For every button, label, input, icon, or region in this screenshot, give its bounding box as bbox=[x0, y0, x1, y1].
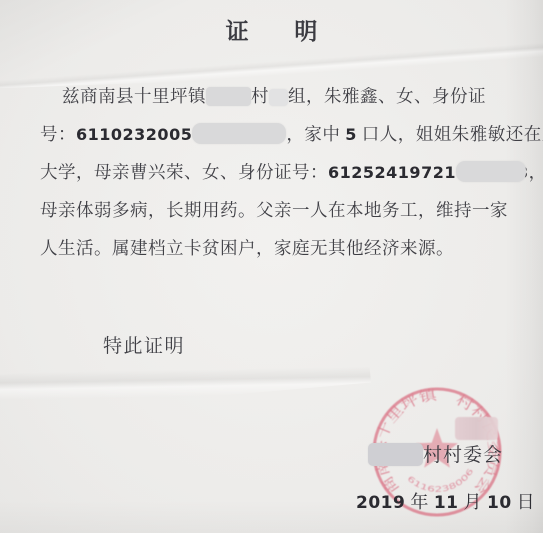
redaction-village-name bbox=[206, 87, 251, 106]
closing-statement: 特此证明 bbox=[103, 331, 185, 358]
document-title: 证 明 bbox=[0, 13, 543, 46]
paper-crease bbox=[0, 41, 543, 89]
body-line-2: 号：6110232005，家中 5 口人，姐姐朱雅敏还在上 bbox=[40, 122, 543, 147]
committee-name-suffix: 村村委会 bbox=[423, 445, 503, 466]
date-month-label: 月 bbox=[464, 492, 483, 512]
body-text: ， bbox=[529, 162, 543, 182]
body-text: 母亲体弱多病，长期用药。父亲一人在本地务工，维持一家 bbox=[40, 200, 508, 220]
redaction-group-number bbox=[269, 89, 288, 106]
signature-line: 村村委会 bbox=[368, 440, 503, 467]
date-day: 10 bbox=[487, 493, 512, 513]
date-line: 2019 年 11 月 10 日 bbox=[356, 488, 535, 514]
body-text: 号： bbox=[40, 124, 76, 144]
redaction-village-name bbox=[368, 443, 423, 466]
scanned-certificate-page: 证 明 兹商南县十里坪镇村组，朱雅鑫、女、身份证 号：6110232005，家中… bbox=[0, 0, 543, 533]
body-line-4: 母亲体弱多病，长期用药。父亲一人在本地务工，维持一家 bbox=[40, 198, 508, 222]
body-text: 组，朱雅鑫、女、身份证 bbox=[288, 86, 486, 106]
body-line-3: 大学，母亲曹兴荣、女、身份证号：612524197213， bbox=[40, 160, 543, 185]
body-line-1: 兹商南县十里坪镇村组，朱雅鑫、女、身份证 bbox=[40, 84, 486, 108]
redaction-seal-village-name bbox=[455, 417, 498, 440]
redaction-id-number bbox=[456, 161, 526, 182]
paper-crease bbox=[0, 343, 371, 418]
body-line-5: 人生活。属建档立卡贫困户，家庭无其他经济来源。 bbox=[40, 236, 454, 260]
date-year: 2019 bbox=[356, 493, 405, 513]
body-text: 人生活。属建档立卡贫困户，家庭无其他经济来源。 bbox=[40, 238, 454, 258]
id-number-partial: 61252419721 bbox=[328, 163, 456, 182]
body-text: 村 bbox=[251, 86, 269, 106]
redaction-id-number bbox=[192, 123, 286, 144]
date-year-label: 年 bbox=[410, 492, 429, 512]
family-count: 5 bbox=[345, 125, 357, 144]
body-text: 口人，姐姐朱雅敏还在上 bbox=[357, 124, 543, 144]
body-text: 兹商南县十里坪镇 bbox=[62, 86, 206, 106]
date-month: 11 bbox=[434, 493, 459, 513]
date-day-label: 日 bbox=[517, 492, 536, 512]
body-text: 大学，母亲曹兴荣、女、身份证号： bbox=[40, 162, 328, 182]
id-number-partial: 6110232005 bbox=[76, 125, 192, 144]
body-text: ，家中 bbox=[286, 124, 345, 144]
